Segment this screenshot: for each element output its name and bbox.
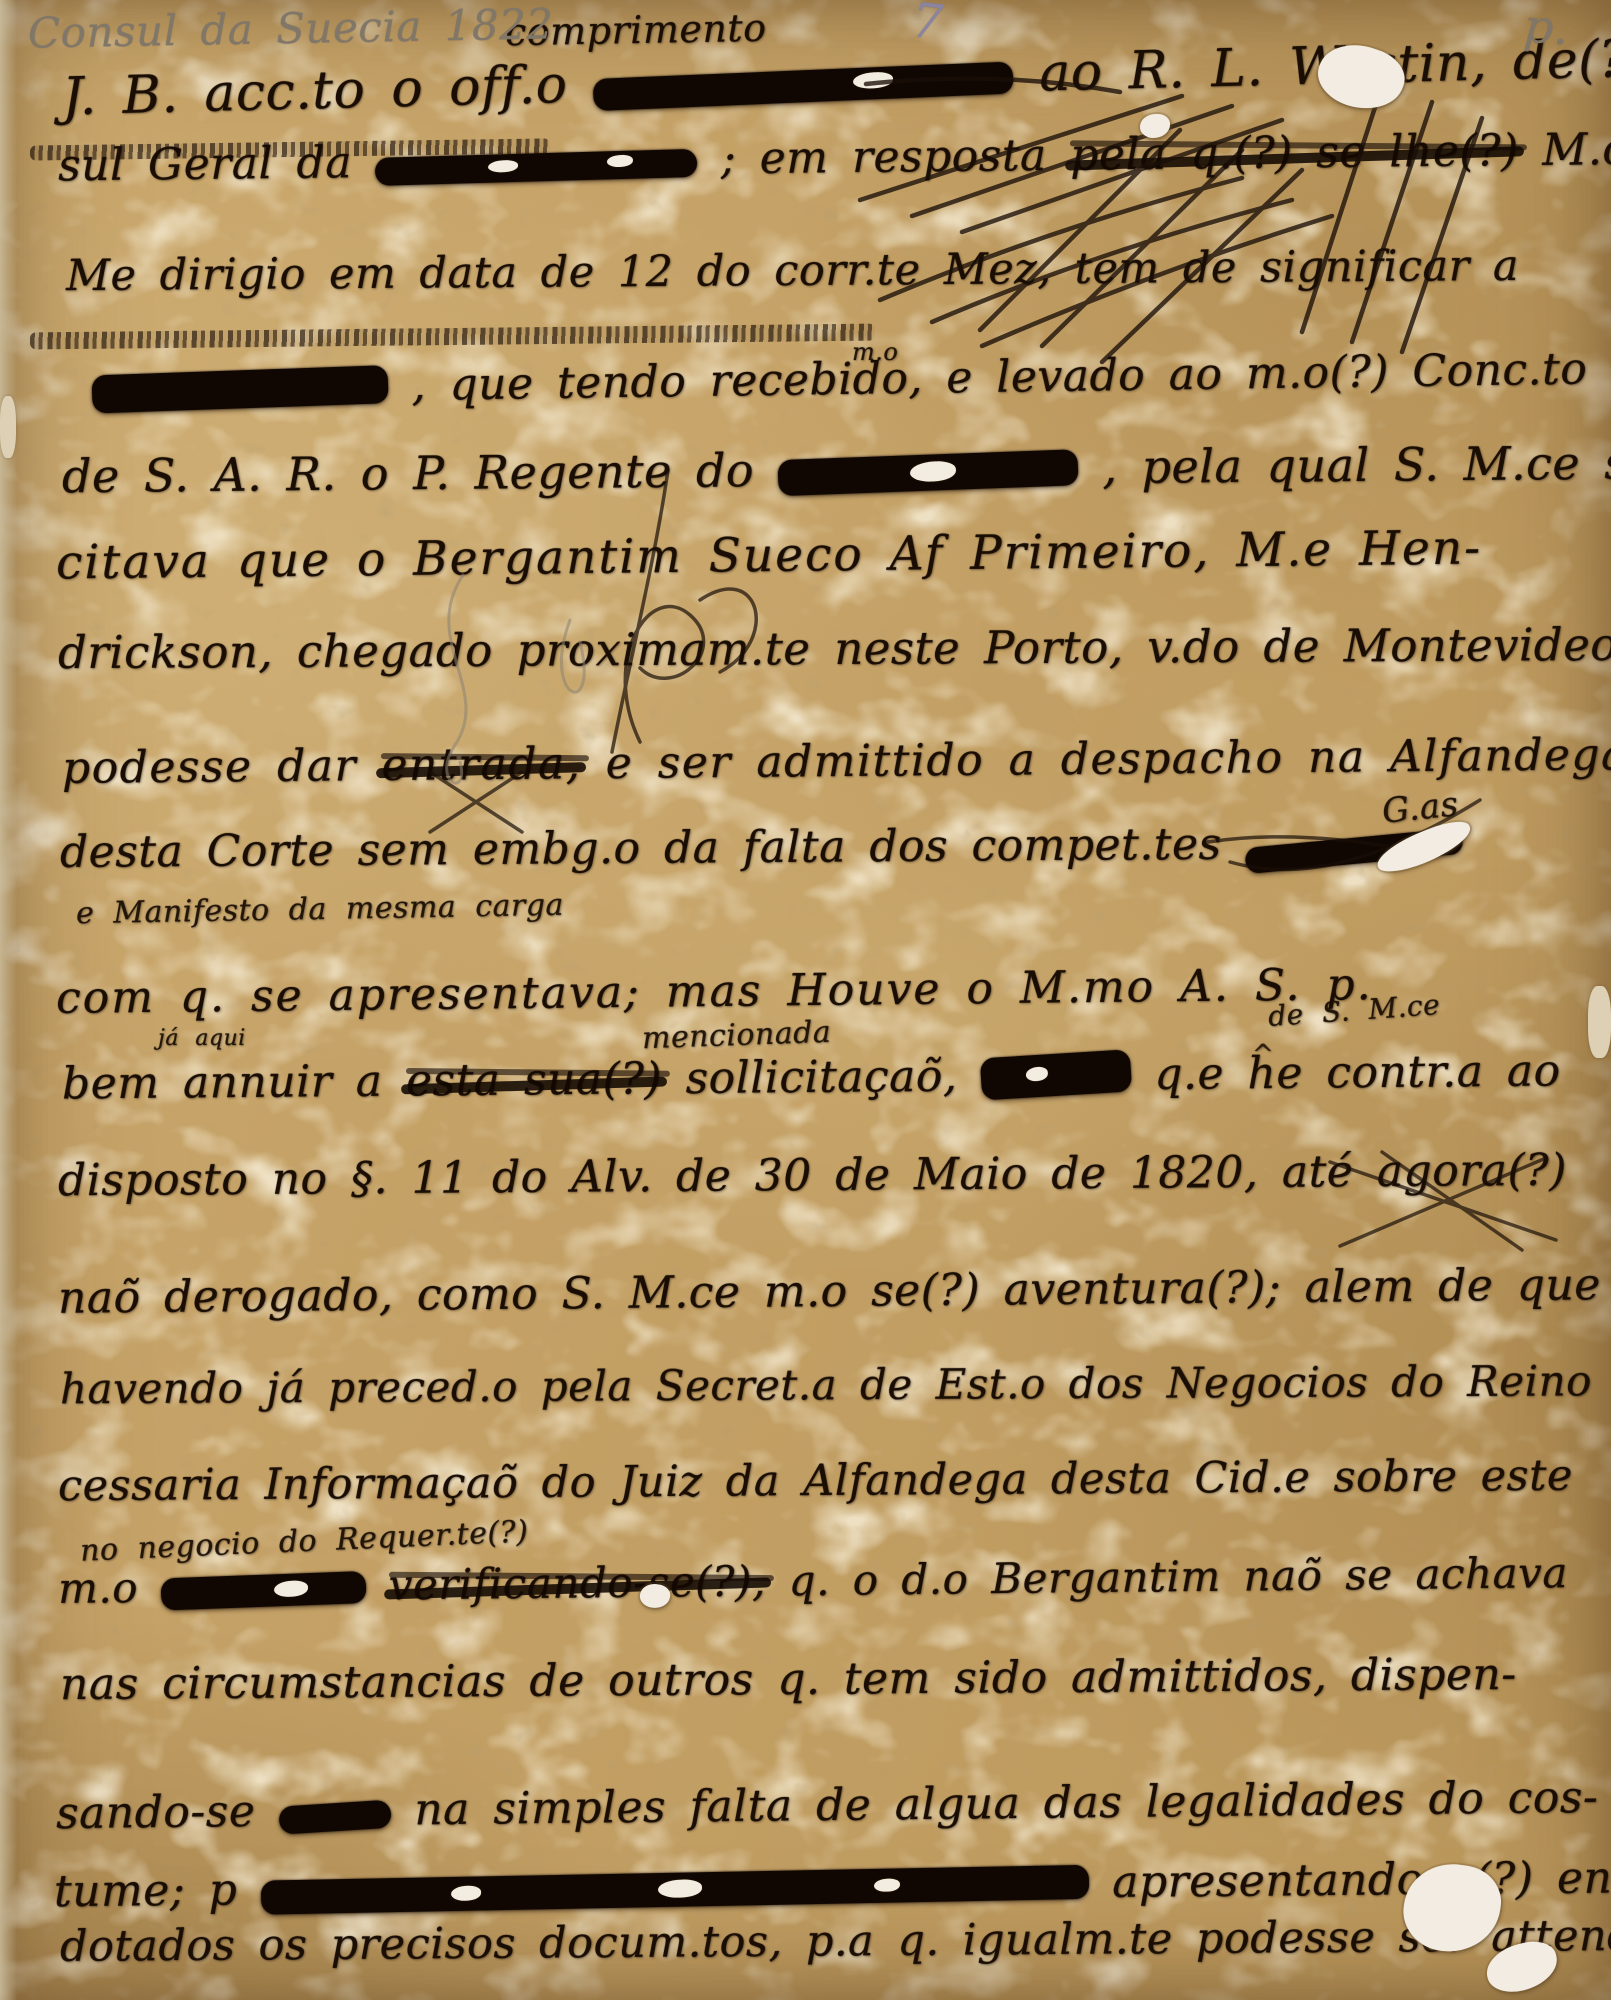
line-text: naõ derogado, como S. M.ce m.o se(?) ave… — [58, 1259, 1601, 1323]
line-text: de S. A. R. o P. Regente do — [62, 443, 755, 503]
interline-insertion: mencionada — [641, 1015, 831, 1057]
manuscript-line: disposto no §. 11 do Alv. de 30 de Maio … — [58, 1145, 1567, 1207]
line-text: com q. se apresentava; mas Houve o M.mo … — [56, 959, 1373, 1024]
line-text: apresentando o(?) entt.o(?) q. elle — [1112, 1850, 1611, 1908]
line-text: ; em resposta — [721, 130, 1071, 185]
manuscript-line: bem annuir a esta sua(?) sollicitaçaõ, q… — [62, 1045, 1561, 1109]
line-text: , pela qual S. M.ce solli- — [1102, 435, 1611, 494]
interline-insertion: já aqui — [158, 1026, 246, 1051]
line-text: nas circumstancias de outros q. tem sido… — [60, 1649, 1517, 1710]
ink-obliteration — [261, 1865, 1090, 1915]
pencil-annotation: Consul da Suecia 1822 — [28, 0, 554, 58]
manuscript-line: com q. se apresentava; mas Houve o M.mo … — [56, 959, 1373, 1024]
line-text: disposto no §. 11 do Alv. de 30 de Maio … — [58, 1147, 1259, 1206]
manuscript-line: naõ derogado, como S. M.ce m.o se(?) ave… — [58, 1259, 1601, 1323]
line-text: M.ce — [1542, 124, 1611, 176]
line-text: q.e he contr.a ao — [1154, 1045, 1561, 1100]
struck-words: pela q.(?) se lhe(?) — [1070, 125, 1519, 181]
line-text: m.o — [58, 1563, 138, 1613]
line-text: q. o d.o Bergantim naõ se achava — [788, 1548, 1568, 1605]
scratched-out-text — [30, 324, 875, 350]
manuscript-line: de S. A. R. o P. Regente do , pela qual … — [62, 435, 1611, 503]
struck-words: até agora(?) — [1282, 1145, 1567, 1198]
ink-obliteration — [980, 1049, 1132, 1100]
struck-words: entrada, — [381, 738, 581, 791]
line-text: podesse dar — [62, 740, 357, 794]
handwriting-layer: Consul da Suecia 1822 7 p. comprimento J… — [0, 0, 1611, 2000]
ink-obliteration — [778, 449, 1079, 496]
manuscript-line: sando-se na simples falta de algua das l… — [56, 1772, 1599, 1839]
line-text: havendo já preced.o pela Secret.a de Est… — [60, 1356, 1611, 1414]
ink-obliteration — [593, 61, 1014, 111]
paper-edge-chip — [1588, 986, 1611, 1058]
ink-obliteration — [278, 1800, 392, 1835]
pencil-mark-top-right: p. — [1522, 0, 1571, 56]
manuscript-page: Consul da Suecia 1822 7 p. comprimento J… — [0, 0, 1611, 2000]
manuscript-line: drickson, chegado proximam.te neste Port… — [58, 618, 1611, 679]
manuscript-line: citava que o Bergantim Sueco Af Primeiro… — [56, 521, 1482, 591]
interline-insertion: e Manifesto da mesma carga — [76, 888, 564, 932]
line-text: , que tendo recebido, e levado ao m.o(?)… — [411, 340, 1611, 411]
line-text: desta Corte sem embg.o da falta dos comp… — [60, 819, 1222, 878]
manuscript-line: dotados os precisos docum.tos, p.a q. ig… — [60, 1910, 1611, 1972]
struck-words: esta sua(?) — [406, 1053, 663, 1106]
manuscript-line: desta Corte sem embg.o da falta dos comp… — [60, 817, 1463, 878]
struck-words: verificando-se(?), — [388, 1556, 766, 1609]
line-text: sando-se — [56, 1786, 256, 1839]
paper-edge-chip — [0, 396, 16, 458]
line-text: sollicitaçaõ, — [685, 1051, 957, 1104]
pencil-figure: 7 — [909, 0, 946, 51]
ink-obliteration — [92, 365, 389, 413]
line-text: cessaria Informaçaõ do Juiz da Alfandega… — [58, 1451, 1573, 1512]
ink-obliteration — [160, 1571, 366, 1610]
line-text: na simples falta de algua das legalidade… — [414, 1772, 1598, 1835]
interline-insertion: m.o — [852, 338, 898, 366]
manuscript-line: podesse dar entrada, e ser admittido a d… — [62, 729, 1611, 794]
manuscript-line: havendo já preced.o pela Secret.a de Est… — [60, 1356, 1611, 1414]
line-text: tume; p — [54, 1865, 238, 1918]
manuscript-line: sul Geral da ; em resposta pela q.(?) se… — [58, 124, 1611, 192]
line-text: citava que o Bergantim Sueco Af Primeiro… — [56, 521, 1482, 591]
manuscript-line: Me dirigio em data de 12 do corr.te Mez,… — [66, 241, 1519, 301]
manuscript-line: cessaria Informaçaõ do Juiz da Alfandega… — [58, 1451, 1573, 1512]
line-text: J. B. acc.to o off.o — [62, 55, 569, 127]
manuscript-line: tume; p apresentando o(?) entt.o(?) q. e… — [54, 1850, 1611, 1917]
manuscript-line: nas circumstancias de outros q. tem sido… — [60, 1649, 1517, 1710]
line-text: Me dirigio em data de 12 do corr.te Mez,… — [66, 241, 1519, 301]
line-text: drickson, chegado proximam.te neste Port… — [58, 618, 1611, 679]
line-text: bem annuir a — [62, 1056, 383, 1110]
line-text: e ser admittido a despacho na Alfandega — [605, 729, 1611, 789]
line-text: dotados os precisos docum.tos, p.a q. ig… — [60, 1910, 1611, 1972]
